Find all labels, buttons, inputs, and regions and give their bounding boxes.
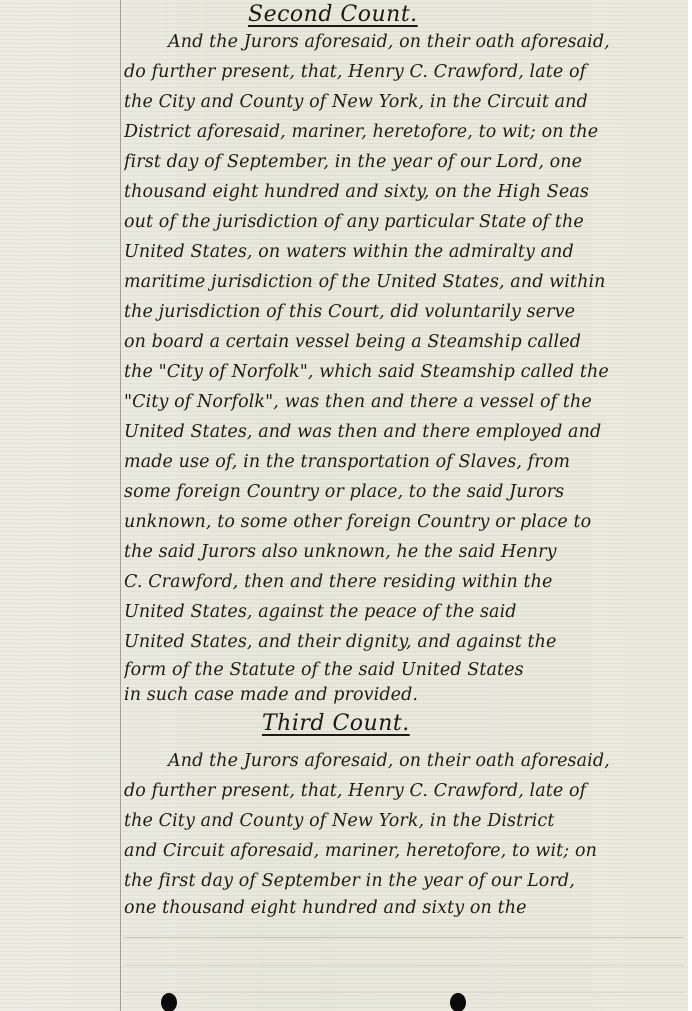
text-line: on board a certain vessel being a Steams… bbox=[124, 327, 688, 357]
section-heading-third-count: Third Count. bbox=[262, 711, 410, 736]
text-line: the City and County of New York, in the … bbox=[124, 87, 688, 117]
margin-rule bbox=[120, 0, 121, 1011]
text-line: the City and County of New York, in the … bbox=[124, 806, 688, 836]
text-line: do further present, that, Henry C. Crawf… bbox=[124, 776, 688, 806]
text-line: "City of Norfolk", was then and there a … bbox=[124, 387, 688, 417]
text-line: United States, and was then and there em… bbox=[124, 417, 688, 447]
text-line: the said Jurors also unknown, he the sai… bbox=[124, 537, 688, 567]
text-line: District aforesaid, mariner, heretofore,… bbox=[124, 117, 688, 147]
ruled-line bbox=[124, 992, 684, 993]
punch-hole-left bbox=[161, 993, 177, 1011]
text-line: And the Jurors aforesaid, on their oath … bbox=[124, 746, 688, 776]
text-line: one thousand eight hundred and sixty on … bbox=[124, 893, 688, 923]
text-line: unknown, to some other foreign Country o… bbox=[124, 507, 688, 537]
ruled-line bbox=[124, 937, 684, 938]
text-line: the "City of Norfolk", which said Steams… bbox=[124, 357, 688, 387]
text-line: maritime jurisdiction of the United Stat… bbox=[124, 267, 688, 297]
text-line: in such case made and provided. bbox=[124, 680, 688, 710]
text-line: some foreign Country or place, to the sa… bbox=[124, 477, 688, 507]
text-line: the first day of September in the year o… bbox=[124, 866, 688, 896]
text-line: thousand eight hundred and sixty, on the… bbox=[124, 177, 688, 207]
text-line: United States, and their dignity, and ag… bbox=[124, 627, 688, 657]
text-line: out of the jurisdiction of any particula… bbox=[124, 207, 688, 237]
text-line: made use of, in the transportation of Sl… bbox=[124, 447, 688, 477]
text-line: United States, against the peace of the … bbox=[124, 597, 688, 627]
text-line: and Circuit aforesaid, mariner, heretofo… bbox=[124, 836, 688, 866]
text-line: And the Jurors aforesaid, on their oath … bbox=[124, 27, 688, 57]
manuscript-page: Second Count. And the Jurors aforesaid, … bbox=[0, 0, 692, 1011]
text-line: C. Crawford, then and there residing wit… bbox=[124, 567, 688, 597]
text-line: the jurisdiction of this Court, did volu… bbox=[124, 297, 688, 327]
text-line: first day of September, in the year of o… bbox=[124, 147, 688, 177]
punch-hole-right bbox=[450, 993, 466, 1011]
text-line: do further present, that, Henry C. Crawf… bbox=[124, 57, 688, 87]
ruled-line bbox=[124, 965, 684, 966]
page-edge bbox=[688, 0, 692, 1011]
text-line: United States, on waters within the admi… bbox=[124, 237, 688, 267]
section-heading-second-count: Second Count. bbox=[248, 2, 418, 27]
